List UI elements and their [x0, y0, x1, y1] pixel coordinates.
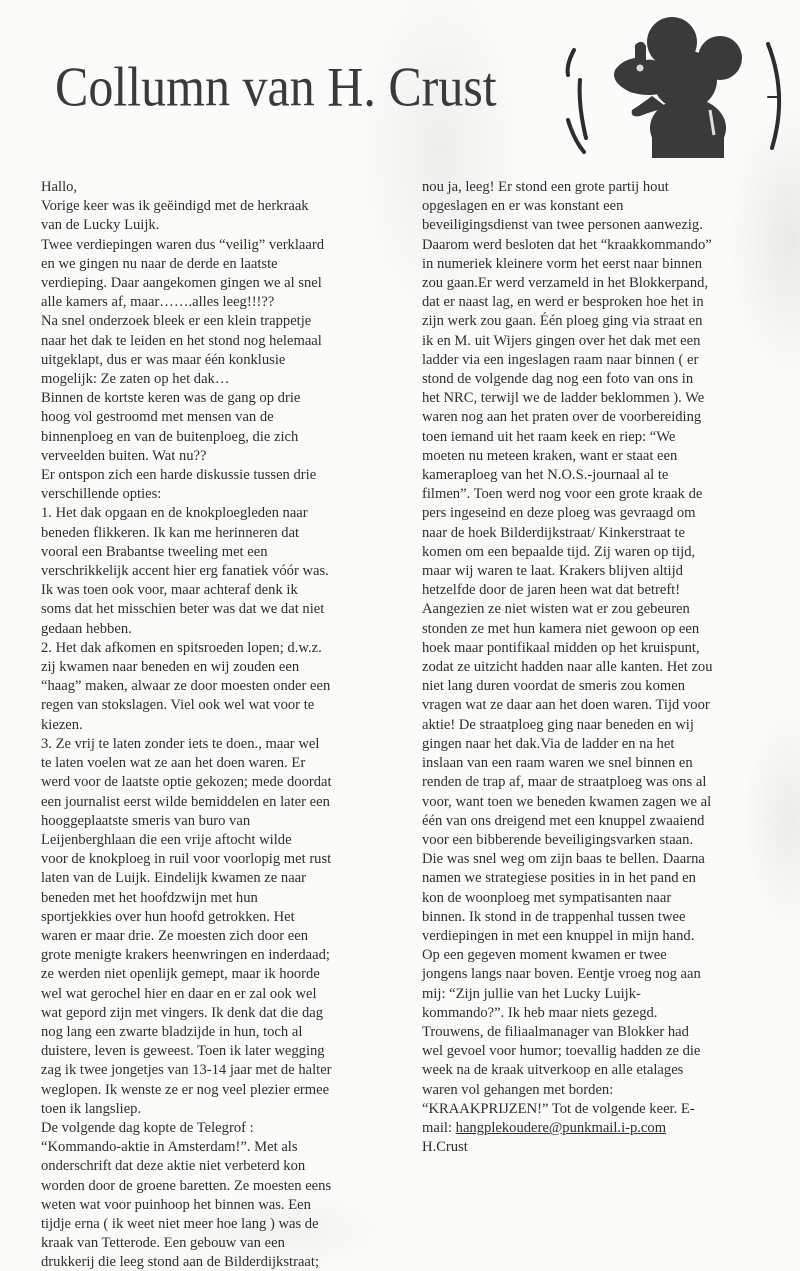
article-line: werd voor de laatste optie gekozen; mede…	[41, 773, 411, 792]
article-line: “haag” maken, alwaar ze door moesten ond…	[41, 677, 411, 696]
article-line: laten van de Luijk. Eindelijk kwamen ze …	[41, 869, 411, 888]
article-line: verveelden buiten. Wat nu??	[41, 447, 411, 466]
email-link[interactable]: hangplekoudere@punkmail.i-p.com	[456, 1120, 666, 1136]
article-line: mogelijk: Ze zaten op het dak…	[41, 370, 411, 389]
mouse-with-megaphone-icon	[560, 0, 800, 170]
article-line: namen we strategiese posities in in het …	[422, 869, 798, 888]
article-line: nou ja, leeg! Er stond een grote partij …	[422, 178, 798, 197]
article-line: mij: “Zijn jullie van het Lucky Luijk-	[422, 985, 798, 1004]
article-line: uitgeklapt, dus er was maar één konklusi…	[41, 351, 411, 370]
article-line: waren er maar drie. Ze moesten zich door…	[41, 927, 411, 946]
article-line: kraak van Tetterode. Een gebouw van een	[41, 1234, 411, 1253]
article-line: het NRC, terwijl we de ladder beklommen …	[422, 389, 798, 408]
article-line: en we gingen nu naar de derde en laatste	[41, 255, 411, 274]
article-line: beveiligingsdienst van twee personen aan…	[422, 216, 798, 235]
column-title: Collumn van H. Crust	[55, 54, 497, 119]
article-line: weten wat voor puinhoop het binnen was. …	[41, 1196, 411, 1215]
article-line: Binnen de kortste keren was de gang op d…	[41, 389, 411, 408]
article-line: sportjekkies over hun hoofd getrokken. H…	[41, 908, 411, 927]
article-line: ze werden niet openlijk gemept, maar ik …	[41, 965, 411, 984]
article-line: beneden met het hoofdzwijn met hun	[41, 889, 411, 908]
article-line: ik en M. uit Wijers gingen over het dak …	[422, 332, 798, 351]
article-line: kon de woonploeg met sympatisanten naar	[422, 889, 798, 908]
article-line: zou gaan.Er werd verzameld in het Blokke…	[422, 274, 798, 293]
article-line: gingen naar het dak.Via de ladder en na …	[422, 735, 798, 754]
article-line: vooral een Brabantse tweeling met een	[41, 543, 411, 562]
article-line: dat er naast lag, en werd er besproken h…	[422, 293, 798, 312]
article-line: wel gevoel voor humor; toevallig hadden …	[422, 1042, 798, 1061]
article-line: tijdje erna ( ik weet niet meer hoe lang…	[41, 1215, 411, 1234]
article-line: wat gepord zijn met vingers. Ik denk dat…	[41, 1004, 411, 1023]
article-line: moeten nu meteen kraken, want er staat e…	[422, 447, 798, 466]
article-line: gedaan hebben.	[41, 620, 411, 639]
article-line: soms dat het misschien beter was dat we …	[41, 600, 411, 619]
article-line: kiezen.	[41, 716, 411, 735]
article-line: zag ik twee jongetjes van 13-14 jaar met…	[41, 1061, 411, 1080]
article-line: regen van stokslagen. Viel ook wel wat v…	[41, 696, 411, 715]
article-line: één van ons dreigend met een knuppel zwa…	[422, 812, 798, 831]
article-line: Hallo,	[41, 178, 411, 197]
article-line: toen iemand uit het raam keek en riep: “…	[422, 428, 798, 447]
article-line: kommando?”. Ik heb maar niets gezegd.	[422, 1004, 798, 1023]
email-line: mail: hangplekoudere@punkmail.i-p.com	[422, 1119, 798, 1138]
article-line: nog lang een zwarte bladzijde in hun, to…	[41, 1023, 411, 1042]
article-line: Ik was toen ook voor, maar achteraf denk…	[41, 581, 411, 600]
article-line: zij kwamen naar beneden en wij zouden ee…	[41, 658, 411, 677]
article-line: Er ontspon zich een harde diskussie tuss…	[41, 466, 411, 485]
article-line: voor een bibberende beveiligingsvarken s…	[422, 831, 798, 850]
article-line: renden de trap af, maar de straatploeg w…	[422, 773, 798, 792]
article-line: waren vol gehangen met borden:	[422, 1081, 798, 1100]
article-line: opgeslagen en er was konstant een	[422, 197, 798, 216]
article-line: Daarom werd besloten dat het “kraakkomma…	[422, 236, 798, 255]
article-line: wel wat gerochel hier en daar en er zal …	[41, 985, 411, 1004]
article-line: Op een gegeven moment kwamen er twee	[422, 946, 798, 965]
article-line: aktie! De straatploeg ging naar beneden …	[422, 716, 798, 735]
article-line: grote menigte krakers heenwringen en ind…	[41, 946, 411, 965]
article-line: 1. Het dak opgaan en de knokploegleden n…	[41, 504, 411, 523]
article-line: 3. Ze vrij te laten zonder iets te doen.…	[41, 735, 411, 754]
article-line: zijn werk zou gaan. Één ploeg ging via s…	[422, 312, 798, 331]
article-line: onderschrift dat deze aktie niet verbete…	[41, 1157, 411, 1176]
article-line: hooggeplaatste smeris van buro van	[41, 812, 411, 831]
email-label: mail:	[422, 1120, 456, 1136]
article-line: ladder via een ingeslagen raam naar binn…	[422, 351, 798, 370]
article-line: Twee verdiepingen waren dus “veilig” ver…	[41, 236, 411, 255]
article-line: worden door de groene baretten. Ze moest…	[41, 1177, 411, 1196]
article-line: verdiepingen in met een knuppel in mijn …	[422, 927, 798, 946]
signature: H.Crust	[422, 1138, 798, 1157]
article-line: hoek maar pontifikaal midden op het krui…	[422, 639, 798, 658]
article-line: binnenploeg en van de buitenploeg, die z…	[41, 428, 411, 447]
article-line: kameraploeg van het N.O.S.-journaal al t…	[422, 466, 798, 485]
column-header: Collumn van H. Crust	[0, 0, 800, 170]
article-line: niet lang duren voordat de smeris zou ko…	[422, 677, 798, 696]
article-line: verschrikkelijk accent hier erg fanatiek…	[41, 562, 411, 581]
article-line: jongens langs naar boven. Eentje vroeg n…	[422, 965, 798, 984]
article-line: Vorige keer was ik geëindigd met de herk…	[41, 197, 411, 216]
article-line: hoog vol gestroomd met mensen van de	[41, 408, 411, 427]
article-line: stonden ze met hun kamera niet gewoon op…	[422, 620, 798, 639]
article-line: in numeriek kleinere vorm het eerst naar…	[422, 255, 798, 274]
article-line: Die was snel weg om zijn baas te bellen.…	[422, 850, 798, 869]
article-line: beneden flikkeren. Ik kan me herinneren …	[41, 524, 411, 543]
article-line: voor, want toen we beneden kwamen zagen …	[422, 793, 798, 812]
article-line: Aangezien ze niet wisten wat er zou gebe…	[422, 600, 798, 619]
article-line: maar wij waren te laat. Krakers blijven …	[422, 562, 798, 581]
article-line: “KRAAKPRIJZEN!” Tot de volgende keer. E-	[422, 1100, 798, 1119]
article-line: weglopen. Ik wenste ze er nog veel plezi…	[41, 1081, 411, 1100]
article-line: waren nog aan het praten over de voorber…	[422, 408, 798, 427]
article-line: stond de volgende dag nog een foto van o…	[422, 370, 798, 389]
article-column-left: Hallo,Vorige keer was ik geëindigd met d…	[41, 178, 411, 1271]
article-line: binnen. Ik stond in de trappenhal tussen…	[422, 908, 798, 927]
article-column-right: nou ja, leeg! Er stond een grote partij …	[422, 178, 798, 1157]
article-line: verdieping. Daar aangekomen gingen we al…	[41, 274, 411, 293]
article-line: drukkerij die leeg stond aan de Bilderdi…	[41, 1253, 411, 1271]
article-line: “Kommando-aktie in Amsterdam!”. Met als	[41, 1138, 411, 1157]
article-line: naar de hoek Bilderdijkstraat/ Kinkerstr…	[422, 524, 798, 543]
article-line: zodat ze uitzicht hadden naar alle kante…	[422, 658, 798, 677]
article-line: een journalist eerst wilde bemiddelen en…	[41, 793, 411, 812]
article-line: vragen wat ze daar aan het doen waren. T…	[422, 696, 798, 715]
article-line: alle kamers af, maar…….alles leeg!!!??	[41, 293, 411, 312]
article-line: komen om een bepaalde tijd. Zij waren op…	[422, 543, 798, 562]
article-line: te laten voelen wat ze aan het doen ware…	[41, 754, 411, 773]
article-line: filmen”. Toen werd nog voor een grote kr…	[422, 485, 798, 504]
article-line: hetzelfde door de jaren heen wat dat bet…	[422, 581, 798, 600]
article-line: Na snel onderzoek bleek er een klein tra…	[41, 312, 411, 331]
article-line: Trouwens, de filiaalmanager van Blokker …	[422, 1023, 798, 1042]
article-line: toen ik langsliep.	[41, 1100, 411, 1119]
article-line: Leijenberghlaan die een vrije aftocht wi…	[41, 831, 411, 850]
article-line: De volgende dag kopte de Telegrof :	[41, 1119, 411, 1138]
article-line: verschillende opties:	[41, 485, 411, 504]
article-line: 2. Het dak afkomen en spitsroeden lopen;…	[41, 639, 411, 658]
article-line: week na de kraak uitverkoop en alle etal…	[422, 1061, 798, 1080]
article-line: naar het dak te leiden en het stond nog …	[41, 332, 411, 351]
article-line: duistere, leven is geweest. Toen ik late…	[41, 1042, 411, 1061]
article-line: voor de knokploeg in ruil voor voorlopig…	[41, 850, 411, 869]
article-line: pers ingeseind en deze ploeg was gevraag…	[422, 504, 798, 523]
article-line: inslaan van een raam waren we snel binne…	[422, 754, 798, 773]
article-line: van de Lucky Luijk.	[41, 216, 411, 235]
